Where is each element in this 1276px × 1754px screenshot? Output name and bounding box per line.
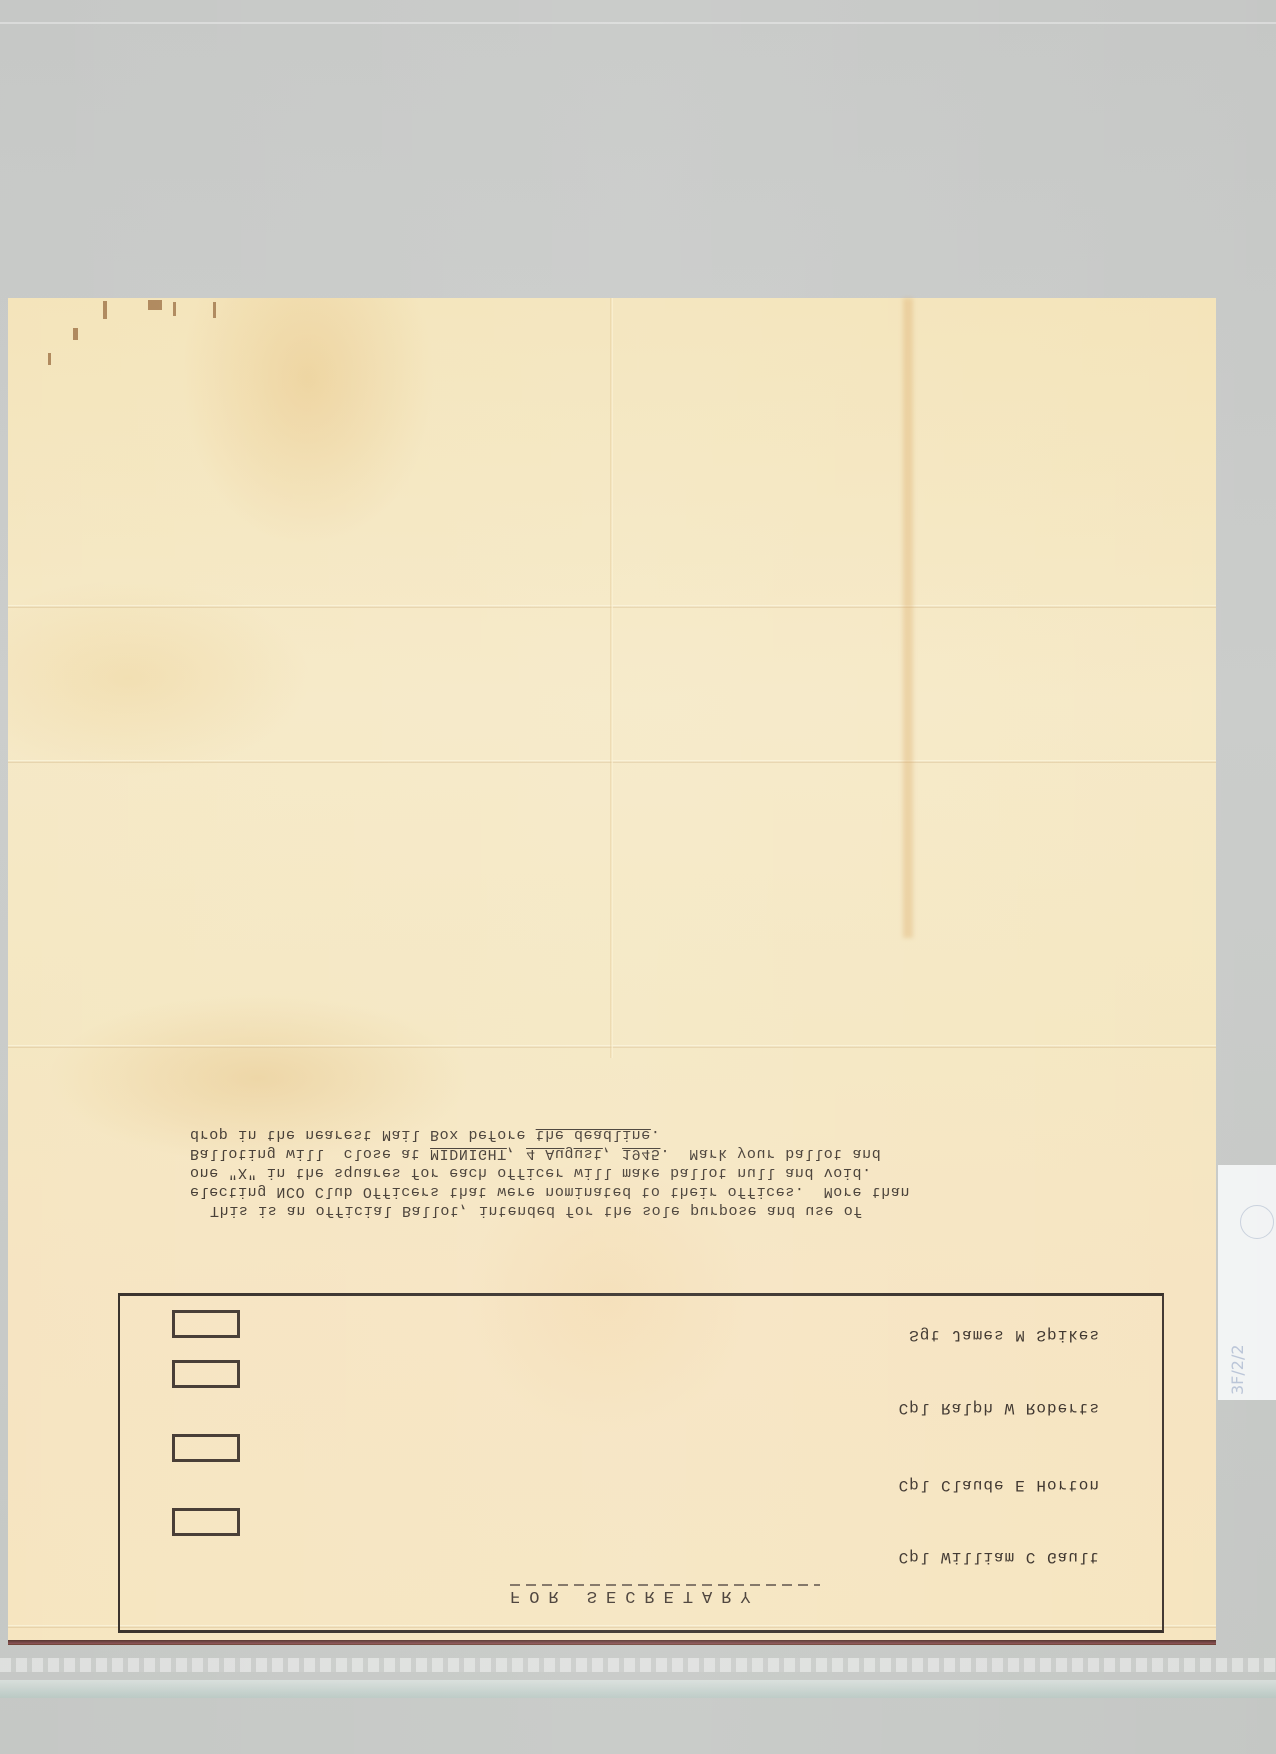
vote-checkbox-roberts[interactable]: [172, 1360, 240, 1388]
edge-ink-marks: [48, 298, 208, 338]
candidate-name: Cpl Claude E Horton: [899, 1476, 1100, 1494]
text-run: one "X" in the squares for each officer …: [190, 1164, 872, 1181]
underlined-text: MIDNIGHT: [430, 1145, 507, 1162]
office-title: FOR SECRETARY: [510, 1586, 760, 1605]
sleeve-edge: [0, 1680, 1276, 1698]
paper-edge: [8, 1640, 1216, 1644]
archive-note: 3F/2/2: [1228, 1275, 1276, 1395]
instruction-line: Balloting will close at MIDNIGHT, 4 Augu…: [190, 1144, 881, 1163]
sleeve-top-edge: [0, 22, 1276, 24]
ballot-box: Sgt James M Spikes Cpl Ralph W Roberts C…: [118, 1293, 1164, 1633]
vote-checkbox-horton[interactable]: [172, 1508, 240, 1536]
candidate-name: Cpl William C Gault: [899, 1548, 1100, 1566]
text-run: electing NCO Club Officers that were nom…: [190, 1183, 910, 1200]
text-run: . Mark your ballot and: [660, 1145, 881, 1162]
text-run: ,: [507, 1145, 526, 1162]
instruction-line: electing NCO Club Officers that were nom…: [190, 1182, 910, 1201]
fold-line-vertical: [610, 298, 613, 1058]
archive-sleeve-tab: 3F/2/2: [1218, 1165, 1276, 1400]
stain: [903, 298, 913, 938]
vote-checkbox-spikes[interactable]: [172, 1310, 240, 1338]
text-run: drop in the nearest Mail Box before: [190, 1126, 536, 1143]
vote-checkbox-roberts-alt[interactable]: [172, 1434, 240, 1462]
text-run: ,: [603, 1145, 622, 1162]
underlined-text: the deadline: [536, 1126, 651, 1143]
sleeve-perforation: [0, 1658, 1276, 1672]
instruction-line: one "X" in the squares for each officer …: [190, 1163, 872, 1182]
ballot-instructions: This is an official Ballot, intended for…: [210, 1120, 1090, 1220]
circle-mark-icon: [1240, 1205, 1274, 1239]
underlined-text: 4 August: [526, 1145, 603, 1162]
text-run: This is an official Ballot, intended for…: [210, 1202, 863, 1219]
text-run: Balloting will close at: [190, 1145, 430, 1162]
text-run: .: [651, 1126, 661, 1143]
instruction-line: This is an official Ballot, intended for…: [210, 1201, 863, 1220]
candidate-name: Sgt James M Spikes: [909, 1326, 1100, 1344]
candidate-name: Cpl Ralph W Roberts: [899, 1399, 1100, 1417]
underlined-text: 1945: [622, 1145, 660, 1162]
instruction-line: drop in the nearest Mail Box before the …: [190, 1125, 660, 1144]
